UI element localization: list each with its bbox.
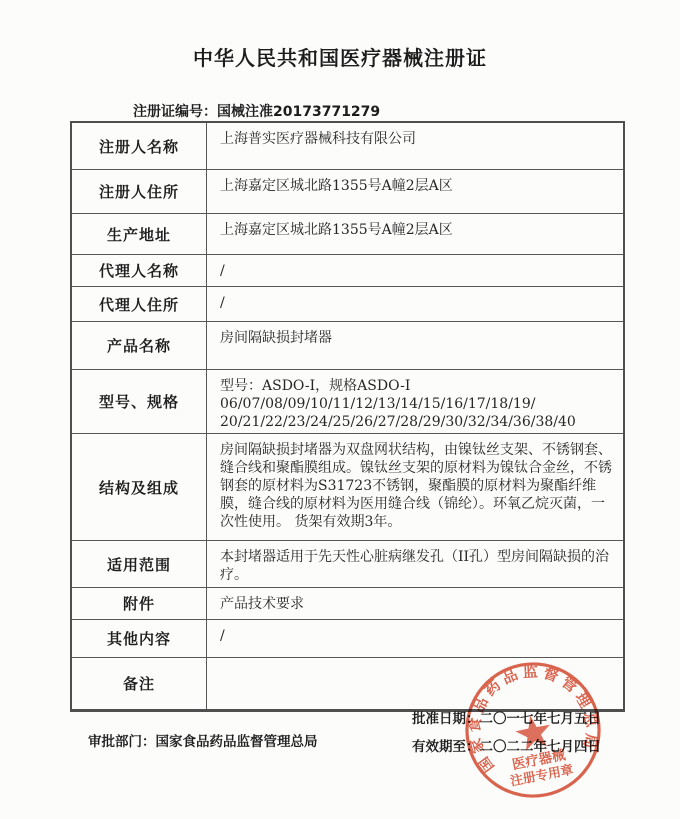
row-label: 代理人名称 xyxy=(72,255,207,286)
row-value: 本封堵器适用于先天性心脏病继发孔（II孔）型房间隔缺损的治疗。 xyxy=(207,541,623,587)
row-label: 附件 xyxy=(72,588,207,619)
table-row: 其他内容 / xyxy=(72,619,623,657)
table-row: 适用范围 本封堵器适用于先天性心脏病继发孔（II孔）型房间隔缺损的治疗。 xyxy=(72,540,623,587)
table-row: 附件 产品技术要求 xyxy=(72,587,623,619)
row-label: 其他内容 xyxy=(72,620,207,657)
row-label: 型号、规格 xyxy=(72,370,207,433)
row-value: 房间隔缺损封堵器 xyxy=(207,322,623,369)
table-row: 代理人住所 / xyxy=(72,286,623,321)
table-row: 注册人住所 上海嘉定区城北路1355号A幢2层A区 xyxy=(72,169,623,213)
row-value: 房间隔缺损封堵器为双盘网状结构，由镍钛丝支架、不锈钢套、缝合线和聚酯膜组成。镍钛… xyxy=(207,434,623,540)
valid-until-line: 有效期至：二〇二二年七月四日 xyxy=(412,735,601,755)
row-label: 结构及组成 xyxy=(72,434,207,540)
row-label: 注册人名称 xyxy=(72,123,207,169)
registration-number-line: 注册证编号：国械注准20173771279 xyxy=(133,101,380,121)
table-row: 型号、规格 型号：ASDO-I，规格ASDO-I 06/07/08/09/10/… xyxy=(72,369,623,433)
approval-department-label: 审批部门： xyxy=(88,734,156,750)
approval-department-value: 国家食品药品监督管理总局 xyxy=(156,734,318,750)
row-value: 产品技术要求 xyxy=(207,588,623,619)
seal-text-line2: 注册专用章 xyxy=(509,762,575,790)
row-label: 产品名称 xyxy=(72,322,207,369)
row-value: 上海嘉定区城北路1355号A幢2层A区 xyxy=(207,214,623,254)
row-label: 代理人住所 xyxy=(72,287,207,321)
approval-date-label: 批准日期： xyxy=(412,711,480,727)
table-row: 产品名称 房间隔缺损封堵器 xyxy=(72,321,623,369)
table-row: 注册人名称 上海普实医疗器械科技有限公司 xyxy=(72,123,623,169)
approval-date-line: 批准日期：二〇一七年七月五日 xyxy=(412,707,601,727)
table-row: 备注 xyxy=(72,657,623,709)
table-row: 生产地址 上海嘉定区城北路1355号A幢2层A区 xyxy=(72,213,623,254)
certificate-table: 注册人名称 上海普实医疗器械科技有限公司 注册人住所 上海嘉定区城北路1355号… xyxy=(70,121,625,712)
valid-until-value: 二〇二二年七月四日 xyxy=(480,739,602,755)
document-title: 中华人民共和国医疗器械注册证 xyxy=(0,42,680,71)
row-value: 上海普实医疗器械科技有限公司 xyxy=(207,123,623,169)
valid-until-label: 有效期至： xyxy=(412,739,480,755)
row-value: 型号：ASDO-I，规格ASDO-I 06/07/08/09/10/11/12/… xyxy=(207,370,623,433)
row-value: / xyxy=(207,620,623,657)
row-label: 生产地址 xyxy=(72,214,207,254)
table-row: 代理人名称 / xyxy=(72,254,623,286)
row-value xyxy=(207,658,623,709)
row-value: / xyxy=(207,287,623,321)
row-value: / xyxy=(207,255,623,286)
table-row: 结构及组成 房间隔缺损封堵器为双盘网状结构，由镍钛丝支架、不锈钢套、缝合线和聚酯… xyxy=(72,433,623,540)
row-value: 上海嘉定区城北路1355号A幢2层A区 xyxy=(207,170,623,213)
row-label: 适用范围 xyxy=(72,541,207,587)
certificate-page: 中华人民共和国医疗器械注册证 注册证编号：国械注准20173771279 注册人… xyxy=(0,0,680,819)
approval-date-value: 二〇一七年七月五日 xyxy=(480,711,602,727)
approval-department-line: 审批部门：国家食品药品监督管理总局 xyxy=(88,730,318,750)
row-label: 备注 xyxy=(72,658,207,709)
row-label: 注册人住所 xyxy=(72,170,207,213)
registration-number-value: 国械注准20173771279 xyxy=(217,104,380,120)
registration-number-label: 注册证编号： xyxy=(133,104,217,120)
